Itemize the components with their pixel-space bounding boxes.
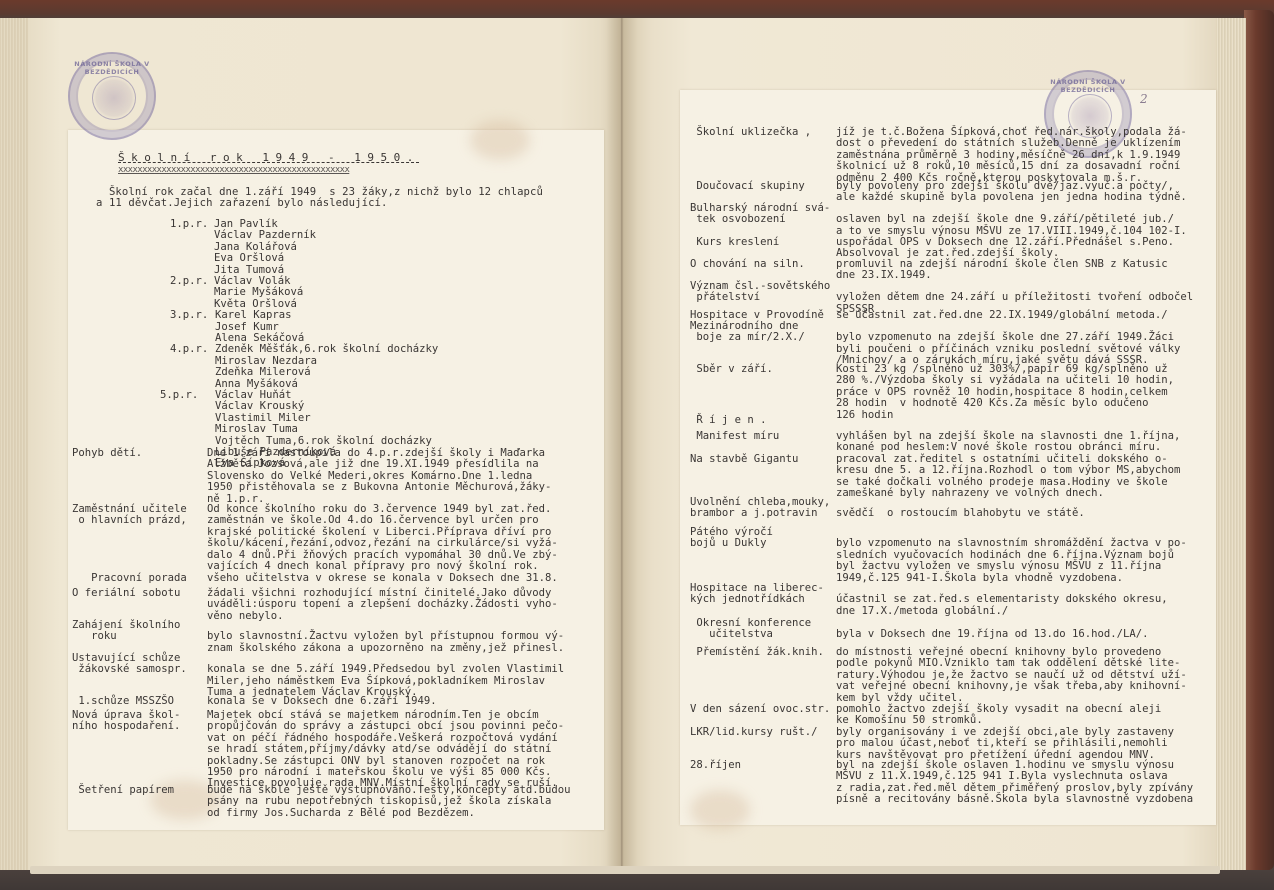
grade-label: 5.p.r. [160, 390, 198, 401]
emblem-icon [92, 76, 136, 120]
entry-text: konala se v Doksech dne 6.září 1949. [207, 696, 437, 707]
entry-label: Uvolnění chleba,mouky, brambor a j.potra… [690, 497, 830, 520]
entry-text: promluvil na zdejší národní škole člen S… [836, 259, 1168, 282]
entry-text: byly organisovány i ve zdejší obci,ale b… [836, 727, 1174, 761]
school-stamp-icon: NÁRODNÍ ŠKOLA V BEZDĚDICÍCH [68, 52, 156, 140]
entry-label: Manifest míru [690, 431, 779, 442]
entry-text: účastnil se zat.řed.s elementaristy doks… [836, 583, 1168, 617]
left-page-stack [0, 18, 28, 870]
grade-label: 2.p.r. [170, 276, 208, 287]
entry-text: uspořádal OPS v Doksech dne 12.září.Před… [836, 237, 1174, 260]
entry-label: Školní uklizečka , [690, 127, 811, 138]
entry-text: byla v Doksech dne 19.října od 13.do 16.… [836, 618, 1149, 641]
entry-text: do místnosti veřejné obecní knihovny byl… [836, 647, 1187, 704]
stamp-text: NÁRODNÍ ŠKOLA V BEZDĚDICÍCH [1046, 78, 1130, 94]
pupil-name: Zdeňka Milerová [215, 367, 311, 378]
entry-label: O chování na siln. [690, 259, 805, 270]
page-bottom-edge [30, 866, 1220, 874]
entry-label: Pracovní porada [72, 573, 187, 584]
book-cover-edge [1244, 10, 1274, 870]
intro-paragraph: Školní rok začal dne 1.září 1949 s 23 žá… [96, 187, 543, 210]
page-number: 2 [1140, 92, 1148, 106]
stain [470, 120, 530, 160]
stain [690, 790, 750, 830]
entry-text: svědčí o rostoucím blahobytu ve státě. [836, 497, 1085, 520]
entry-label: Pohyb dětí. [72, 448, 142, 459]
entry-text: jíž je t.č.Božena Šípková,choť řed.nár.š… [836, 127, 1187, 184]
entry-text: Od konce školního roku do 3.července 194… [207, 504, 558, 572]
entry-label: O feriální sobotu [72, 588, 180, 599]
entry-text: byly povoleny pro zdejší školu dvě/jaz.v… [836, 181, 1187, 204]
entry-label: Hospitace na liberec- kých jednotřídkách [690, 583, 824, 606]
entry-label: LKR/lid.kursy rušt./ [690, 727, 818, 738]
open-book: NÁRODNÍ ŠKOLA V BEZDĚDICÍCH NÁRODNÍ ŠKOL… [0, 0, 1274, 890]
entry-text: konala se dne 5.září 1949.Předsedou byl … [207, 653, 564, 699]
grade-label: 3.p.r. [170, 310, 208, 321]
entry-label: Ustavující schůze žákovské samospr. [72, 653, 187, 676]
right-page-stack [1216, 18, 1246, 870]
entry-text: se účastnil zat.řed.dne 22.IX.1949/globá… [836, 310, 1168, 321]
entry-text: žádali všichni rozhodující místní činite… [207, 588, 558, 622]
entry-label: 1.schůze MSSZŠO [72, 696, 174, 707]
entry-label: 28.říjen [690, 760, 741, 771]
entry-label: Bulharský národní svá- tek osvobození [690, 203, 830, 226]
entry-text: pracoval zat.ředitel s ostatními učiteli… [836, 454, 1180, 500]
entry-text: pomohlo žactvo zdejší školy vysadit na o… [836, 704, 1161, 727]
title-underline: xxxxxxxxxxxxxxxxxxxxxxxxxxxxxxxxxxxxxxxx… [118, 165, 349, 175]
grade-label: 4.p.r. [170, 344, 208, 355]
entry-text: byl na zdejší škole oslaven 1.hodinu ve … [836, 760, 1193, 806]
entry-label: Sběr v září. [690, 364, 773, 375]
entry-label: Pátého výročí bojů u Dukly [690, 527, 773, 550]
entry-label: Zahájení školního roku [72, 620, 180, 643]
entry-text: bylo slavnostní.Žactvu vyložen byl příst… [207, 620, 564, 654]
entry-label: Okresní konference učitelstva [690, 618, 811, 641]
stamp-text: NÁRODNÍ ŠKOLA V BEZDĚDICÍCH [70, 60, 154, 76]
entry-label: Přemístění žák.knih. [690, 647, 824, 658]
entry-text: Dne 1.září nastoupila do 4.p.r.zdejší šk… [207, 448, 551, 505]
entry-label: Význam čsl.-sovětského přátelství [690, 281, 830, 304]
entry-label: Doučovací skupiny [690, 181, 805, 192]
section-heading: Ř í j e n . [690, 415, 767, 426]
page-title: Školní rok 1949 - 1950. [118, 151, 420, 164]
entry-label: Zaměstnání učitele o hlavních prázd, [72, 504, 187, 527]
book-spine [606, 18, 638, 870]
entry-label: Kurs kreslení [690, 237, 779, 248]
entry-text: vyhlášen byl na zdejší škole na slavnost… [836, 431, 1180, 454]
entry-label: Na stavbě Gigantu [690, 454, 798, 465]
grade-label: 1.p.r. [170, 219, 208, 230]
pupil-name: Karel Kapras [215, 310, 292, 321]
entry-text: bude na škole ještě vystupňováno.Testy,k… [207, 785, 571, 819]
entry-text: bylo vzpomenuto na zdejší škole dne 27.z… [836, 321, 1180, 367]
entry-text: Majetek obcí stává se majetkem národním.… [207, 710, 564, 790]
entry-text: všeho učitelstva v okrese se konala v Do… [207, 573, 558, 584]
entry-text: oslaven byl na zdejší škole dne 9.září/p… [836, 203, 1187, 237]
entry-label: Šetření papírem [72, 785, 174, 796]
entry-label: Nová úprava škol- ního hospodaření. [72, 710, 180, 733]
pupil-name: Miroslav Tuma [215, 424, 298, 435]
entry-text: bylo vzpomenuto na slavnostním shromáždě… [836, 527, 1187, 584]
entry-label: Mezinárodního dne boje za mír/2.X./ [690, 321, 805, 344]
pupil-name: Eva Oršlová [214, 253, 284, 264]
entry-label: V den sázení ovoc.str. [690, 704, 830, 715]
entry-text: Kosti 23 kg /splněno už 303%/,papír 69 k… [836, 364, 1174, 421]
